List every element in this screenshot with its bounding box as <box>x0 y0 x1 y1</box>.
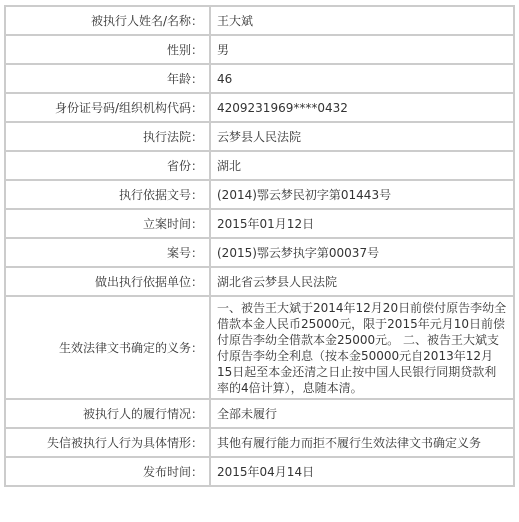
value-dishonest-behavior: 其他有履行能力而拒不履行生效法律文书确定义务 <box>210 428 514 457</box>
label-case-number: 案号： <box>5 238 210 267</box>
label-basis-doc-number: 执行依据文号： <box>5 180 210 209</box>
label-province: 省份： <box>5 151 210 180</box>
label-filing-date: 立案时间： <box>5 209 210 238</box>
value-id-number: 4209231969****0432 <box>210 93 514 122</box>
value-obligations: 一、被告王大斌于2014年12月20日前偿付原告李幼全借款本金人民币25000元… <box>210 296 514 399</box>
label-dishonest-behavior: 失信被执行人行为具体情形： <box>5 428 210 457</box>
row-dishonest-behavior: 失信被执行人行为具体情形： 其他有履行能力而拒不履行生效法律文书确定义务 <box>5 428 514 457</box>
value-executing-court: 云梦县人民法院 <box>210 122 514 151</box>
value-publish-date: 2015年04月14日 <box>210 457 514 486</box>
row-performance-status: 被执行人的履行情况： 全部未履行 <box>5 399 514 428</box>
row-issuing-unit: 做出执行依据单位： 湖北省云梦县人民法院 <box>5 267 514 296</box>
row-obligations: 生效法律文书确定的义务： 一、被告王大斌于2014年12月20日前偿付原告李幼全… <box>5 296 514 399</box>
row-case-number: 案号： (2015)鄂云梦执字第00037号 <box>5 238 514 267</box>
row-age: 年龄： 46 <box>5 64 514 93</box>
row-basis-doc-number: 执行依据文号： (2014)鄂云梦民初字第01443号 <box>5 180 514 209</box>
row-province: 省份： 湖北 <box>5 151 514 180</box>
row-name: 被执行人姓名/名称： 王大斌 <box>5 6 514 35</box>
label-performance-status: 被执行人的履行情况： <box>5 399 210 428</box>
value-basis-doc-number: (2014)鄂云梦民初字第01443号 <box>210 180 514 209</box>
label-publish-date: 发布时间： <box>5 457 210 486</box>
label-age: 年龄： <box>5 64 210 93</box>
row-publish-date: 发布时间： 2015年04月14日 <box>5 457 514 486</box>
dishonest-debtor-info-table: 被执行人姓名/名称： 王大斌 性别： 男 年龄： 46 身份证号码/组织机构代码… <box>4 5 515 487</box>
label-name: 被执行人姓名/名称： <box>5 6 210 35</box>
row-executing-court: 执行法院： 云梦县人民法院 <box>5 122 514 151</box>
value-name: 王大斌 <box>210 6 514 35</box>
label-executing-court: 执行法院： <box>5 122 210 151</box>
label-gender: 性别： <box>5 35 210 64</box>
row-gender: 性别： 男 <box>5 35 514 64</box>
row-filing-date: 立案时间： 2015年01月12日 <box>5 209 514 238</box>
value-province: 湖北 <box>210 151 514 180</box>
value-case-number: (2015)鄂云梦执字第00037号 <box>210 238 514 267</box>
row-id-number: 身份证号码/组织机构代码： 4209231969****0432 <box>5 93 514 122</box>
value-gender: 男 <box>210 35 514 64</box>
value-age: 46 <box>210 64 514 93</box>
label-issuing-unit: 做出执行依据单位： <box>5 267 210 296</box>
value-performance-status: 全部未履行 <box>210 399 514 428</box>
value-issuing-unit: 湖北省云梦县人民法院 <box>210 267 514 296</box>
value-filing-date: 2015年01月12日 <box>210 209 514 238</box>
label-id-number: 身份证号码/组织机构代码： <box>5 93 210 122</box>
label-obligations: 生效法律文书确定的义务： <box>5 296 210 399</box>
